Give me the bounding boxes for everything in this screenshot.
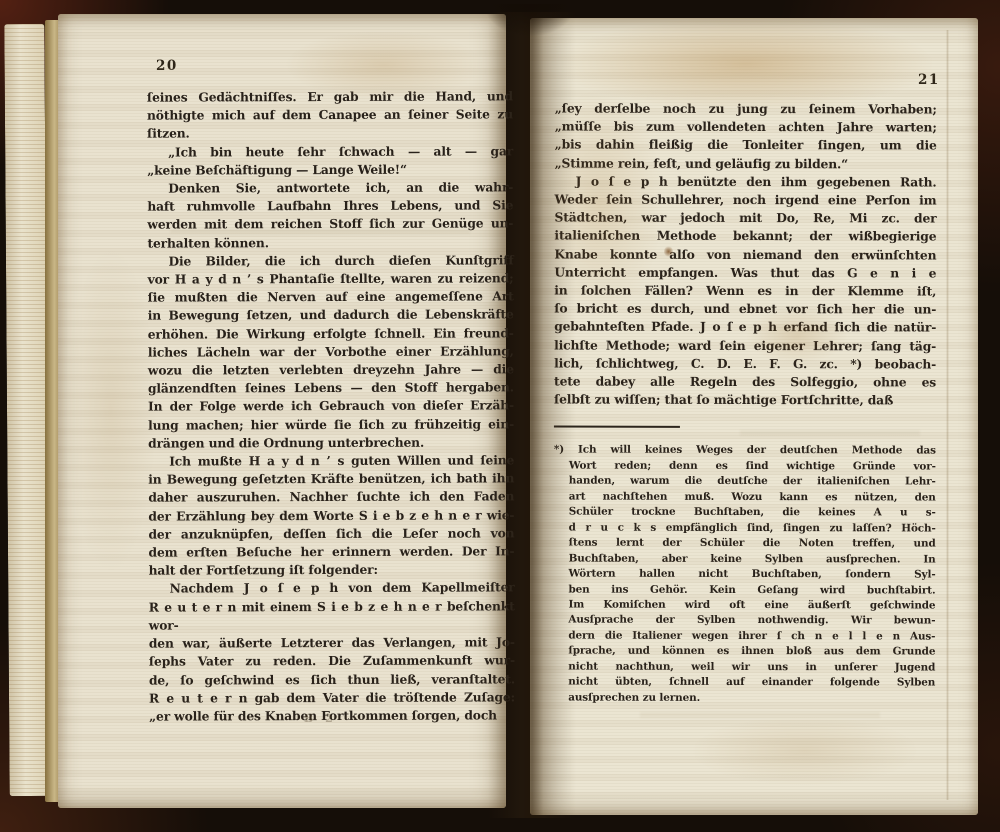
paragraph: J o ſ e p h benützte den ihm gegebenen R… bbox=[554, 172, 937, 410]
text-line: wozu die letzten verlebten dreyzehn Jahr… bbox=[148, 360, 514, 379]
text-line: lich, ſchlichtweg, C. D. E. F. G. zc. *)… bbox=[554, 354, 936, 373]
paragraph: *) Ich will keines Weges der deutſchen M… bbox=[553, 443, 936, 707]
text-line: Unterricht empfangen. Was thut das G e n… bbox=[554, 263, 936, 282]
left-page: 20 ſeines Gedächtniſſes. Er gab mir die … bbox=[58, 14, 506, 808]
text-line: halt der Fortſetzung iſt folgender: bbox=[149, 561, 515, 580]
right-page-text: „ſey derſelbe noch zu jung zu ſeinem Vor… bbox=[553, 100, 937, 707]
text-line: R e u t e r n mit einem S i e b z e h n … bbox=[149, 597, 515, 635]
paragraph: Ich mußte H a y d n ’ s guten Willen und… bbox=[148, 451, 514, 580]
text-line: ſitzen. bbox=[147, 124, 513, 143]
text-line: Im Komiſchen wird oft eine äußerſt geſch… bbox=[553, 597, 935, 613]
text-line: Ausſprache der Sylben nothwendig. Wir be… bbox=[553, 613, 935, 629]
paragraph: Nachdem J o ſ e p h von dem Kapellmeiſte… bbox=[149, 579, 516, 726]
text-line: dem erſten Beſuche her erinnern werden. … bbox=[148, 542, 514, 561]
signature-mark: B 2 bbox=[304, 712, 337, 725]
text-line: ausſprechen zu lernen. bbox=[553, 690, 935, 706]
text-line: „keine Beſchäftigung — Lange Weile!“ bbox=[147, 160, 513, 179]
text-line: nicht nachthun, weil wir uns in unſerer … bbox=[553, 659, 935, 675]
text-line: gebahnteſten Pfade. J o ſ e p h erfand ſ… bbox=[554, 318, 936, 337]
paragraph: Die Bilder, die ich durch dieſen Kunſtgr… bbox=[147, 251, 514, 453]
footnote: *) Ich will keines Weges der deutſchen M… bbox=[553, 443, 936, 707]
text-line: handen, warum die deutſche der italieniſ… bbox=[554, 474, 936, 490]
text-line: glänzendſten ſeines Lebens — den Stoff h… bbox=[148, 379, 514, 398]
text-line: ſephs Vater zu reden. Die Zuſammenkunft … bbox=[149, 652, 515, 671]
text-line: In der Folge werde ich Gebrauch von dieſ… bbox=[148, 397, 514, 416]
text-line: ſeines Gedächtniſſes. Er gab mir die Han… bbox=[147, 87, 513, 106]
text-line: erhöhen. Die Wirkung erfolgte ſchnell. E… bbox=[148, 324, 514, 343]
text-line: d r u c k s empfänglich ſind, ſingen zu … bbox=[554, 520, 936, 536]
text-line: vor H a y d n ’ s Phantaſie ſtellte, war… bbox=[148, 269, 514, 288]
right-page: 21 „ſey derſelbe noch zu jung zu ſeinem … bbox=[530, 18, 978, 815]
text-line: dern die Italiener wegen ihrer ſ ch n e … bbox=[553, 628, 935, 644]
right-page-main-text: „ſey derſelbe noch zu jung zu ſeinem Vor… bbox=[554, 100, 937, 410]
paragraph: Denken Sie, antwortete ich, an die wahr-… bbox=[147, 178, 513, 252]
ink-spot bbox=[664, 246, 673, 257]
text-line: Schüler trockne Buchſtaben, die keines A… bbox=[554, 505, 936, 521]
paragraph: „Ich bin heute ſehr ſchwach — alt — gar„… bbox=[147, 142, 513, 180]
text-line: „bis dahin fleißig die Tonleiter ſingen,… bbox=[555, 136, 937, 155]
paragraph: „ſey derſelbe noch zu jung zu ſeinem Vor… bbox=[555, 100, 937, 174]
text-line: art nachſtehen muß. Wozu kann es nützen,… bbox=[554, 489, 936, 505]
text-line: „ſey derſelbe noch zu jung zu ſeinem Vor… bbox=[555, 100, 937, 119]
text-line: Knabe konnte alſo von niemand den erwünſ… bbox=[554, 245, 936, 264]
text-line: R e u t e r n gab dem Vater die tröſtend… bbox=[149, 688, 515, 707]
left-page-text: ſeines Gedächtniſſes. Er gab mir die Han… bbox=[147, 87, 515, 725]
text-line: Wort reden; denn es ſind wichtige Gründe… bbox=[554, 458, 936, 474]
text-line: Die Bilder, die ich durch dieſen Kunſtgr… bbox=[147, 251, 513, 270]
text-line: in ſolchen Fällen? Wenn es in der Klemme… bbox=[554, 282, 936, 301]
text-line: ſo bricht es durch, und ebnet vor ſich h… bbox=[554, 300, 936, 319]
text-line: lung machen; hier würde ſie ſich zu früh… bbox=[148, 415, 514, 434]
paragraph: ſeines Gedächtniſſes. Er gab mir die Han… bbox=[147, 87, 513, 143]
text-line: lichſte Methode; ward ſein eigener Lehre… bbox=[554, 336, 936, 355]
text-line: ſie mußten die Nerven auf eine angemeſſe… bbox=[148, 288, 514, 307]
page-edges-stack bbox=[4, 24, 49, 796]
text-line: Städtchen, war jedoch mit Do, Re, Mi zc.… bbox=[554, 209, 936, 228]
text-line: J o ſ e p h benützte den ihm gegebenen R… bbox=[555, 172, 937, 191]
text-line: liches Lächeln war der Vorbothe einer Er… bbox=[148, 342, 514, 361]
page-number-right: 21 bbox=[918, 72, 940, 88]
text-line: ben ins Gehör. Kein Geſang wird buchſtab… bbox=[553, 582, 935, 598]
text-line: der Erzählung bey dem Worte S i e b z e … bbox=[148, 506, 514, 525]
text-line: „Stimme rein, feſt, und geläufig zu bild… bbox=[555, 154, 937, 173]
text-line: tete dabey alle Regeln des Solfeggio, oh… bbox=[554, 373, 936, 392]
text-line: Weder ſein Schullehrer, noch irgend eine… bbox=[555, 191, 937, 210]
text-line: werden mit dem reichen Stoff ſich zur Ge… bbox=[147, 215, 513, 234]
text-line: nicht übten, ſchnell auf einander folgen… bbox=[553, 675, 935, 691]
text-line: in Bewegung ſetzen, und dadurch die Lebe… bbox=[148, 306, 514, 325]
text-line: den war, äußerte Letzterer das Verlangen… bbox=[149, 633, 515, 652]
text-line: de, ſo geſchwind es ſich thun ließ, vera… bbox=[149, 670, 515, 689]
footnote-rule bbox=[554, 426, 680, 428]
text-line: haft ruhmvolle Laufbahn Ihres Lebens, un… bbox=[147, 197, 513, 216]
text-line: *) Ich will keines Weges der deutſchen M… bbox=[554, 443, 936, 459]
text-line: Denken Sie, antwortete ich, an die wahr- bbox=[147, 178, 513, 197]
text-line: ſtens lernt der Schüler die Noten treffe… bbox=[554, 536, 936, 552]
text-line: „Ich bin heute ſehr ſchwach — alt — gar bbox=[147, 142, 513, 161]
text-line: der anzuknüpfen, deſſen ſich die Leſer n… bbox=[148, 524, 514, 543]
text-line: drängen und die Ordnung unterbrechen. bbox=[148, 433, 514, 452]
text-line: Nachdem J o ſ e p h von dem Kapellmeiſte… bbox=[149, 579, 515, 598]
text-line: „müſſe bis zum vollendeten achten Jahre … bbox=[555, 118, 937, 137]
text-line: Buchſtaben, aber keine Sylben ausſpreche… bbox=[554, 551, 936, 567]
text-line: „er wolle für des Knaben Fortkommen ſorg… bbox=[149, 706, 515, 725]
open-book-photo: 20 ſeines Gedächtniſſes. Er gab mir die … bbox=[0, 0, 1000, 832]
page-number-left: 20 bbox=[156, 58, 178, 74]
text-line: daher auszuruhen. Nachher ſuchte ich den… bbox=[148, 488, 514, 507]
text-line: Wörtern hallen nicht Buchſtaben, ſondern… bbox=[554, 567, 936, 583]
text-line: Ich mußte H a y d n ’ s guten Willen und… bbox=[148, 451, 514, 470]
text-line: ſelbſt zu wiſſen; that ſo mächtige Fortſ… bbox=[554, 391, 936, 410]
text-line: in Bewegung geſetzten Kräfte benützen, i… bbox=[148, 470, 514, 489]
text-line: nöthigte mich auf dem Canapee an ſeiner … bbox=[147, 106, 513, 125]
text-line: italieniſchen Methode bekannt; der wißbe… bbox=[554, 227, 936, 246]
text-line: ſprache, und können es ihnen bloß aus de… bbox=[553, 644, 935, 660]
text-line: terhalten können. bbox=[147, 233, 513, 252]
